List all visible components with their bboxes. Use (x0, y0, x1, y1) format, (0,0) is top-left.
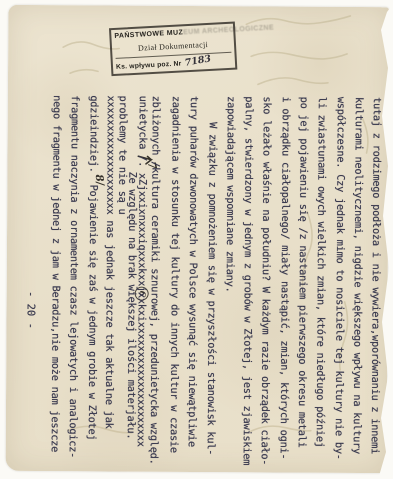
typewritten-text-block: - 20 - 7 6 8/ tutaj z rodzimego podłoża … (23, 95, 393, 479)
page-number: - 20 - (24, 291, 36, 329)
stamp-department: Dział Dokumentacji (115, 38, 231, 53)
typed-line: po jej pojawieniu się /z nastaniem pierw… (296, 97, 309, 448)
stamp-accession-row: Ks. wpływu poz. Nr 7183 (116, 52, 233, 72)
typed-line: i obrządku ciałopalnego/ miały nastąpić,… (278, 97, 291, 460)
typed-line: zbliżonych /kultura ceramiki sznurowej, … (148, 96, 161, 465)
typed-line: problemy te nie są u (116, 96, 128, 215)
typed-line: fragmentu naczynia z ornamentem czasz le… (67, 95, 80, 458)
stamp-accession-label: Ks. wpływu poz. Nr (116, 60, 182, 70)
typed-line: W związku z pomnożeniem się w przyszłośc… (205, 122, 218, 455)
typed-line: li zwiastunami owych wielkich zmian, któ… (314, 97, 327, 448)
typed-line: gdzieindziej. Pojawienie się zaś w jedny… (86, 95, 99, 440)
typed-line: kulturami neolitycznemi, nigdzie większe… (351, 97, 364, 454)
typed-line: nego fragmentu w jednej z jam w Beradzu,… (49, 95, 62, 452)
typed-line: sko leżało właśnie na południu? W każdym… (259, 96, 272, 465)
scanned-document: { "document": { "stamp": { "line1_clear"… (0, 0, 393, 479)
stamp-accession-number-handwritten: 7183 (184, 53, 212, 68)
stamp-institution-faded: EUM ARCHEOLOGICZNE (183, 24, 274, 36)
typed-line: tury puharów dzwonowatych w Polsce wysun… (186, 96, 199, 447)
stamp-institution: PAŃSTWOWE MUZEUM ARCHEOLOGICZNE (114, 27, 230, 40)
paper-sheet: PAŃSTWOWE MUZEUM ARCHEOLOGICZNE Dział Do… (6, 5, 390, 473)
typed-line: tutaj z rodzimego podłoża i nie wywiera,… (369, 97, 382, 454)
typed-line: xxxxxxxxxxxxxxxxxxxx nas jednak jeszcze … (103, 95, 116, 428)
typed-line: palny, stwierdzony w jednym z grobów w Z… (241, 96, 254, 465)
typed-line: zapowiadającem wspomniane zmiany. (224, 96, 236, 292)
museum-stamp: PAŃSTWOWE MUZEUM ARCHEOLOGICZNE Dział Do… (109, 22, 237, 77)
typed-line: zagadnienia w stosunku tej kultury do in… (168, 96, 181, 453)
typed-line: współczesne. Czy jednak mimo to nosiciel… (333, 97, 346, 460)
